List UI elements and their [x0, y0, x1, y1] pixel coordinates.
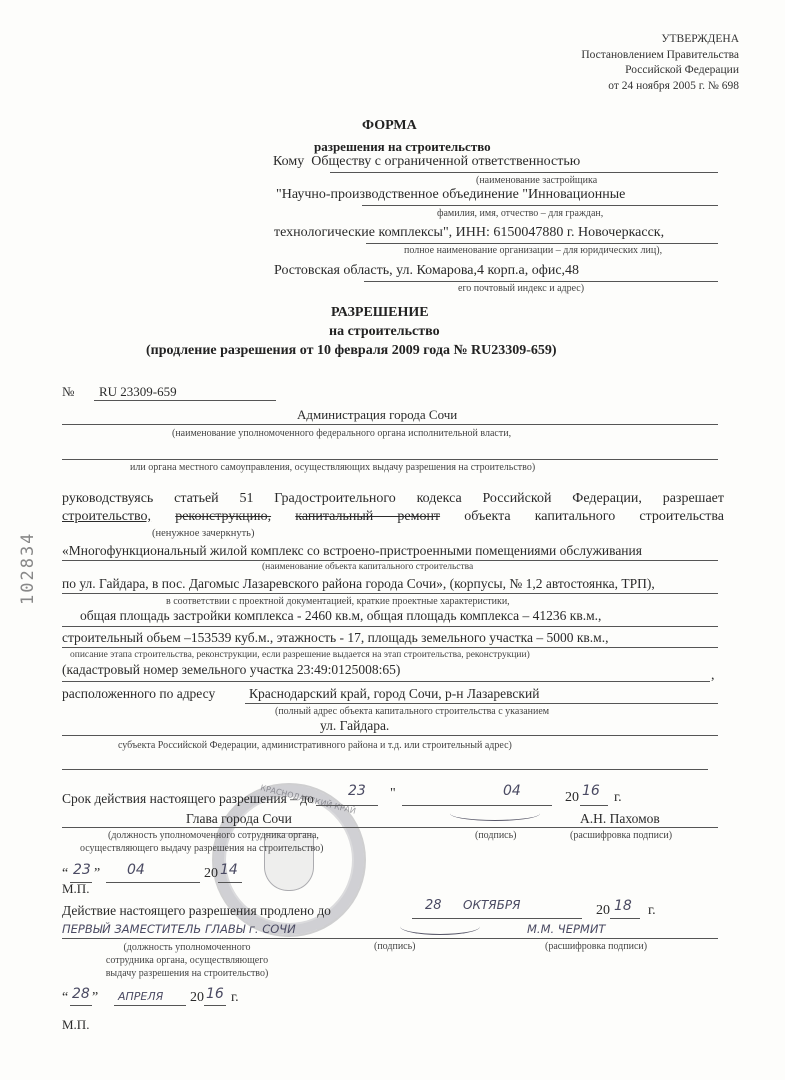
validity-year-underline — [580, 805, 608, 806]
extension-year-prefix: 20 — [596, 903, 610, 919]
extension-name-hint: (расшифровка подписи) — [545, 941, 647, 952]
cadastral-line: (кадастровый номер земельного участка 23… — [62, 662, 400, 678]
recipient-hint4: его почтовый индекс и адрес) — [458, 283, 584, 294]
extension-date-year-underline — [204, 1005, 226, 1006]
address-value: Краснодарский край, город Сочи, р-н Лаза… — [249, 686, 539, 702]
validity-year-suffix: 16 — [582, 783, 600, 799]
validity-name: А.Н. Пахомов — [580, 811, 660, 827]
extension-signature-hint: (подпись) — [374, 941, 416, 952]
object-line2: по ул. Гайдара, в пос. Дагомыс Лазаревск… — [62, 576, 655, 592]
validity-name-hint: (расшифровка подписи) — [570, 830, 672, 841]
recipient-underline-2 — [362, 205, 718, 206]
kept-option: строительство, — [62, 509, 151, 524]
body-line2-rest: объекта капитального строительства — [464, 509, 724, 524]
permit-title: РАЗРЕШЕНИЕ — [331, 305, 429, 321]
validity-signature-hint: (подпись) — [475, 830, 517, 841]
margin-registration-number: 102834 — [18, 532, 38, 605]
validity-quote: " — [390, 786, 396, 802]
characteristics-hint: в соответствии с проектной документацией… — [166, 596, 510, 607]
form-title: ФОРМА — [362, 118, 417, 134]
recipient-line4: Ростовская область, ул. Комарова,4 корп.… — [274, 263, 579, 279]
issuer-hint2: или органа местного самоуправления, осущ… — [130, 462, 535, 473]
extension-position-hint1: (должность уполномоченного — [92, 941, 282, 954]
address-label: расположенного по адресу — [62, 686, 215, 702]
approval-line3: Российской Федерации — [581, 63, 739, 79]
object-underline-2 — [62, 593, 718, 594]
recipient-underline-4 — [364, 281, 718, 282]
permit-subtitle: на строительство — [329, 324, 440, 340]
body-line2: строительство, реконструкцию, капитальны… — [62, 509, 724, 525]
approval-block: УТВЕРЖДЕНА Постановлением Правительства … — [581, 32, 739, 94]
address-hint2: субъекта Российской Федерации, администр… — [118, 740, 512, 751]
blank-underline — [62, 769, 708, 770]
validity-date-year-underline — [218, 882, 242, 883]
recipient-hint1: (наименование застройщика — [476, 175, 597, 186]
permit-number-value: RU 23309-659 — [99, 384, 177, 400]
strike-hint: (ненужное зачеркнуть) — [152, 528, 254, 539]
extension-date-close-quote: ” — [92, 990, 98, 1006]
extension-date-year-unit: г. — [231, 990, 239, 1006]
cadastral-underline — [62, 681, 710, 682]
validity-date-close-quote: ” — [94, 866, 100, 882]
approval-line2: Постановлением Правительства — [581, 48, 739, 64]
extension-note: (продление разрешения от 10 февраля 2009… — [146, 343, 557, 359]
extension-position-hint2: сотрудника органа, осуществляющего — [92, 954, 282, 967]
object-underline-1 — [62, 560, 718, 561]
validity-day: 23 — [348, 783, 366, 799]
extension-label: Действие настоящего разрешения продлено … — [62, 903, 331, 919]
extension-date-year-prefix: 20 — [190, 990, 204, 1006]
validity-date-day: 23 — [73, 862, 91, 878]
extension-date-open-quote: “ — [62, 990, 68, 1006]
extension-year-underline — [610, 918, 640, 919]
validity-month: 04 — [503, 783, 521, 799]
recipient-line3: технологические комплексы", ИНН: 6150047… — [274, 225, 664, 241]
issuer-underline — [62, 424, 718, 425]
approval-line4: от 24 ноября 2005 г. № 698 — [581, 79, 739, 95]
issuer-underline-2 — [62, 459, 718, 460]
validity-label: Срок действия настоящего разрешения – до — [62, 791, 314, 807]
coat-of-arms-icon — [264, 833, 314, 891]
recipient-hint2: фамилия, имя, отчество – для граждан, — [437, 208, 603, 219]
recipient-line1: Обществу с ограниченной ответственностью — [311, 154, 580, 169]
extension-signature — [400, 918, 480, 935]
permit-number-underline — [94, 400, 276, 401]
extension-year-unit: г. — [648, 903, 656, 919]
struck-option-2: капитальный ремонт — [295, 509, 440, 524]
address-hint1: (полный адрес объекта капитального строи… — [275, 706, 549, 717]
validity-date-year-prefix: 20 — [204, 866, 218, 882]
extension-year-suffix: 18 — [614, 898, 632, 914]
issuer-value: Администрация города Сочи — [297, 407, 457, 423]
validity-date-month: 04 — [127, 862, 145, 878]
object-line1: «Многофункциональный жилой комплекс со в… — [62, 543, 642, 559]
address-underline-2 — [62, 735, 718, 736]
recipient-underline-3 — [366, 243, 718, 244]
cadastral-comma: , — [711, 668, 715, 684]
stage-hint: описание этапа строительства, реконструк… — [70, 650, 530, 660]
extension-position-hint: (должность уполномоченного сотрудника ор… — [92, 941, 282, 980]
extension-underline — [62, 938, 718, 939]
validity-position-hint1: (должность уполномоченного сотрудника ор… — [108, 830, 319, 841]
validity-position-hint2: осуществляющего выдачу разрешения на стр… — [80, 843, 323, 854]
object-hint: (наименование объекта капитального строи… — [262, 562, 473, 572]
struck-option-1: реконструкцию, — [175, 509, 271, 524]
recipient-underline-1 — [330, 172, 718, 173]
address-underline-1 — [245, 703, 718, 704]
recipient-hint3: полное наименование организации – для юр… — [404, 245, 662, 256]
issuer-hint1: (наименование уполномоченного федерально… — [172, 428, 511, 439]
extension-date-day-underline — [70, 1005, 92, 1006]
recipient-line2: "Научно-производственное объединение "Ин… — [276, 187, 625, 203]
validity-date-month-underline — [106, 882, 200, 883]
characteristics-underline-1 — [62, 626, 718, 627]
validity-position: Глава города Сочи — [186, 811, 292, 827]
validity-day-underline — [316, 805, 378, 806]
extension-date-month-underline — [114, 1005, 186, 1006]
extension-date-month: АПРЕЛЯ — [118, 990, 163, 1003]
extension-date-day: 28 — [72, 986, 90, 1002]
validity-year-prefix: 20 — [565, 790, 579, 806]
extension-mp: М.П. — [62, 1017, 89, 1033]
characteristics-line1: общая площадь застройки комплекса - 2460… — [80, 608, 601, 624]
body-line1: руководствуясь статьей 51 Градостроитель… — [62, 491, 724, 507]
permit-number-label: № — [62, 384, 74, 400]
extension-date-year-suffix: 16 — [206, 986, 224, 1002]
recipient-label: Кому Обществу с ограниченной ответственн… — [273, 154, 580, 170]
approval-line1: УТВЕРЖДЕНА — [581, 32, 739, 48]
validity-date-year-suffix: 14 — [220, 862, 238, 878]
extension-position: ПЕРВЫЙ ЗАМЕСТИТЕЛЬ ГЛАВЫ г. СОЧИ — [62, 922, 296, 936]
characteristics-underline-2 — [62, 647, 718, 648]
validity-signature — [450, 806, 540, 821]
extension-day: 28 — [425, 898, 442, 913]
extension-month: ОКТЯБРЯ — [463, 898, 520, 912]
validity-year-unit: г. — [614, 790, 622, 806]
validity-mp: М.П. — [62, 881, 89, 897]
address-value2: ул. Гайдара. — [320, 718, 389, 734]
extension-name: М.М. ЧЕРМИТ — [527, 922, 605, 936]
characteristics-line2: строительный обьем –153539 куб.м., этажн… — [62, 630, 608, 646]
validity-underline — [62, 827, 718, 828]
extension-position-hint3: выдачу разрешения на строительство) — [92, 967, 282, 980]
validity-date-open-quote: “ — [62, 866, 68, 882]
form-subtitle: разрешения на строительство — [314, 139, 491, 155]
